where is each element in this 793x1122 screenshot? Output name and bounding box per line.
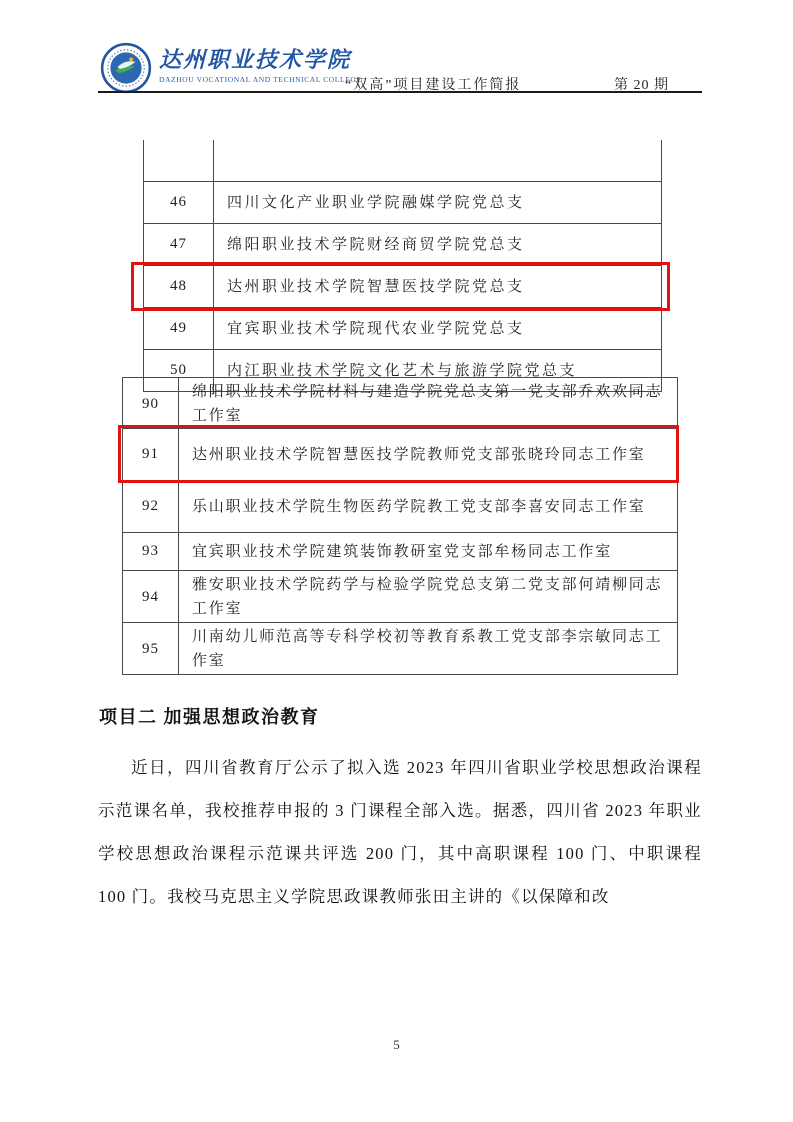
college-name-zh: 达州职业技术学院 bbox=[159, 48, 362, 72]
table-row: 90 绵阳职业技术学院材料与建造学院党总支第一党支部乔欢欢同志工作室 bbox=[123, 377, 677, 429]
table-row: 47 绵阳职业技术学院财经商贸学院党总支 bbox=[144, 224, 661, 266]
table-row: 94 雅安职业技术学院药学与检验学院党总支第二党支部何靖柳同志工作室 bbox=[123, 571, 677, 623]
row-text: 宜宾职业技术学院建筑装饰教研室党支部牟杨同志工作室 bbox=[179, 533, 677, 570]
college-name-en: DAZHOU VOCATIONAL AND TECHNICAL COLLEGE bbox=[159, 75, 362, 84]
row-number: 49 bbox=[144, 308, 214, 349]
table-row: 46 四川文化产业职业学院融媒学院党总支 bbox=[144, 182, 661, 224]
section-heading: 项目二 加强思想政治教育 bbox=[99, 703, 320, 729]
college-logo: 达州职业技术学院 DAZHOU VOCATIONAL AND TECHNICAL… bbox=[100, 42, 362, 94]
row-number: 47 bbox=[144, 224, 214, 265]
page-number: 5 bbox=[0, 1037, 793, 1053]
row-number: 91 bbox=[123, 429, 179, 480]
table-comrade-studios: 90 绵阳职业技术学院材料与建造学院党总支第一党支部乔欢欢同志工作室 91 达州… bbox=[122, 377, 678, 675]
table-row-highlighted: 48 达州职业技术学院智慧医技学院党总支 bbox=[144, 266, 661, 308]
college-emblem-icon bbox=[100, 42, 152, 94]
table-row: 95 川南幼儿师范高等专科学校初等教育系教工党支部李宗敏同志工作室 bbox=[123, 623, 677, 675]
row-number: 90 bbox=[123, 378, 179, 430]
header-divider bbox=[98, 91, 702, 93]
row-text: 乐山职业技术学院生物医药学院教工党支部李喜安同志工作室 bbox=[179, 481, 677, 532]
table-row: 93 宜宾职业技术学院建筑装饰教研室党支部牟杨同志工作室 bbox=[123, 533, 677, 571]
document-page: 达州职业技术学院 DAZHOU VOCATIONAL AND TECHNICAL… bbox=[0, 0, 793, 1122]
row-text: 四川文化产业职业学院融媒学院党总支 bbox=[214, 182, 661, 223]
college-name-block: 达州职业技术学院 DAZHOU VOCATIONAL AND TECHNICAL… bbox=[159, 42, 362, 84]
body-paragraph: 近日，四川省教育厅公示了拟入选 2023 年四川省职业学校思想政治课程示范课名单… bbox=[98, 746, 702, 918]
table-row: 92 乐山职业技术学院生物医药学院教工党支部李喜安同志工作室 bbox=[123, 481, 677, 533]
row-text: 绵阳职业技术学院财经商贸学院党总支 bbox=[214, 224, 661, 265]
row-number: 48 bbox=[144, 266, 214, 307]
table-partial-row bbox=[144, 140, 661, 182]
row-text: 达州职业技术学院智慧医技学院党总支 bbox=[214, 266, 661, 307]
row-number: 46 bbox=[144, 182, 214, 223]
table-row-highlighted: 91 达州职业技术学院智慧医技学院教师党支部张晓玲同志工作室 bbox=[123, 429, 677, 481]
row-text: 绵阳职业技术学院材料与建造学院党总支第一党支部乔欢欢同志工作室 bbox=[179, 378, 677, 430]
row-number: 92 bbox=[123, 481, 179, 532]
row-text: 川南幼儿师范高等专科学校初等教育系教工党支部李宗敏同志工作室 bbox=[179, 623, 677, 675]
row-text: 雅安职业技术学院药学与检验学院党总支第二党支部何靖柳同志工作室 bbox=[179, 571, 677, 623]
row-text: 宜宾职业技术学院现代农业学院党总支 bbox=[214, 308, 661, 349]
table-party-branches: 46 四川文化产业职业学院融媒学院党总支 47 绵阳职业技术学院财经商贸学院党总… bbox=[143, 140, 662, 392]
row-number: 94 bbox=[123, 571, 179, 623]
row-number: 95 bbox=[123, 623, 179, 675]
row-text: 达州职业技术学院智慧医技学院教师党支部张晓玲同志工作室 bbox=[179, 429, 677, 480]
row-number: 93 bbox=[123, 533, 179, 570]
table-row: 49 宜宾职业技术学院现代农业学院党总支 bbox=[144, 308, 661, 350]
